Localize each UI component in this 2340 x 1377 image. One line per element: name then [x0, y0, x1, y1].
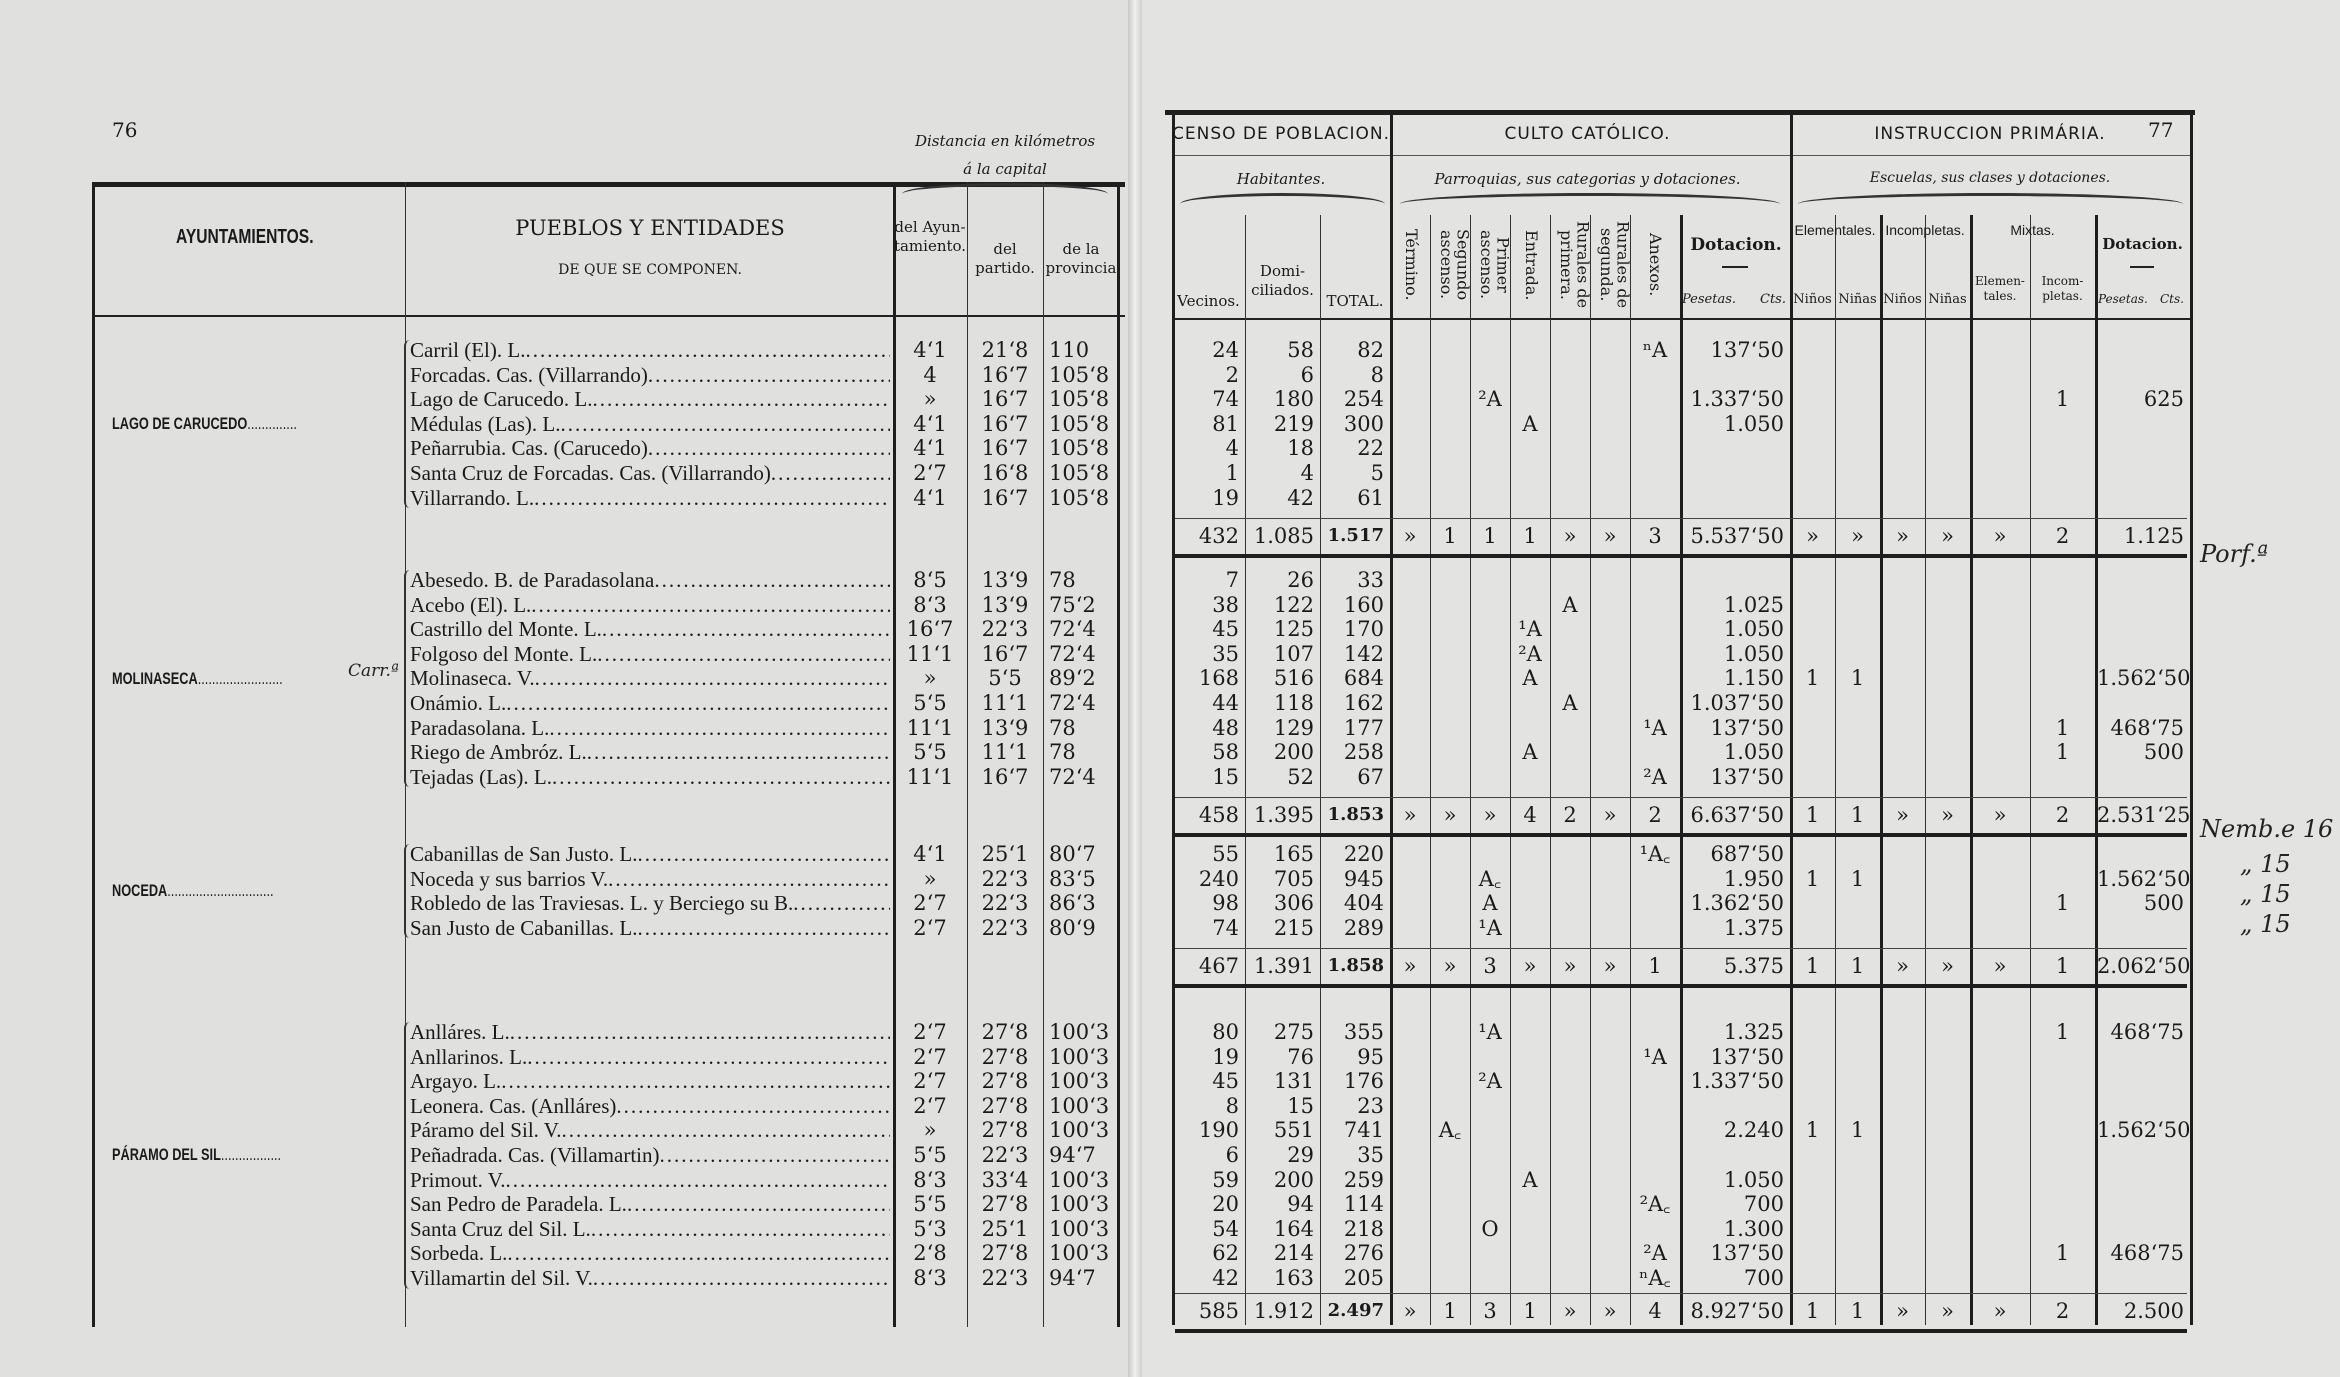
column-rule — [2095, 215, 2098, 1325]
cell-vecinos: 44 — [1172, 691, 1239, 715]
cell-dot: 1.050 — [1682, 1168, 1784, 1192]
pueblo-entry: Primout. V..............................… — [410, 1168, 890, 1192]
pueblo-name: Acebo (El). L. — [410, 593, 531, 617]
distance-d-ayto: 11‘1 — [893, 642, 967, 666]
total-rur2: » — [1590, 954, 1630, 978]
total-in-ninas: » — [1925, 954, 1970, 978]
distance-d-partido: 13‘9 — [967, 716, 1043, 740]
cell-vecinos: 55 — [1172, 842, 1239, 866]
total-rur1: » — [1550, 954, 1590, 978]
cell-total: 61 — [1320, 486, 1384, 510]
pueblo-entry: Médulas (Las). L........................… — [410, 412, 890, 436]
pueblo-entry: Acebo (El). L...........................… — [410, 593, 890, 617]
cell-total: 355 — [1320, 1020, 1384, 1044]
cell-domic: 516 — [1245, 666, 1314, 690]
ayuntamiento-name: MOLINASECA — [112, 669, 198, 688]
distance-d-partido: 16‘7 — [967, 765, 1043, 789]
header-rurales-segunda: Rurales de segunda. — [1597, 215, 1631, 315]
pueblo-entry: Robledo de las Traviesas. L. y Berciego … — [410, 891, 890, 915]
cell-dot: 1.050 — [1682, 412, 1784, 436]
total-vecinos: 585 — [1172, 1299, 1239, 1323]
leader-dots: ........................................… — [535, 666, 890, 690]
cell-anexos: ¹A — [1630, 1045, 1680, 1069]
distance-d-partido: 11‘1 — [967, 691, 1043, 715]
header-cts: Cts. — [1760, 292, 1786, 308]
distance-d-ayto: 4‘1 — [893, 412, 967, 436]
header-el-ninos: Niños — [1790, 292, 1835, 308]
cell-prim: A — [1470, 891, 1510, 915]
pueblo-name: Sorbeda. L. — [410, 1241, 507, 1265]
header-pueblos-title: PUEBLOS Y ENTIDADES — [405, 215, 895, 241]
column-rule — [1970, 215, 1973, 1325]
total-domic: 1.391 — [1245, 954, 1314, 978]
header-habitantes: Habitantes. — [1172, 170, 1390, 189]
leader-dots: ................. — [221, 1145, 281, 1164]
total-el-ninos: 1 — [1790, 803, 1835, 827]
cell-vecinos: 1 — [1172, 461, 1239, 485]
distance-d-ayto: 4‘1 — [893, 436, 967, 460]
header-entrada: Entrada. — [1522, 215, 1539, 315]
cell-domic: 15 — [1245, 1094, 1314, 1118]
cell-total: 114 — [1320, 1192, 1384, 1216]
cell-el-ninas: 1 — [1835, 1118, 1880, 1142]
distance-d-ayto: 4‘1 — [893, 842, 967, 866]
total-el-ninos: 1 — [1790, 1299, 1835, 1323]
distance-d-prov: 80‘7 — [1049, 842, 1117, 866]
pueblo-entry: Anllarinos. L...........................… — [410, 1045, 890, 1069]
cell-prim: A꜀ — [1470, 867, 1510, 891]
leader-dots: ........................................… — [593, 1266, 890, 1290]
cell-anexos: ⁿA꜀ — [1630, 1266, 1680, 1290]
distance-d-prov: 72‘4 — [1049, 765, 1117, 789]
total-total: 2.497 — [1320, 1299, 1384, 1323]
cell-domic: 219 — [1245, 412, 1314, 436]
cell-dot: 700 — [1682, 1192, 1784, 1216]
leader-dots: ........................................… — [627, 1192, 890, 1216]
cell-vecinos: 190 — [1172, 1118, 1239, 1142]
distance-d-ayto: 5‘5 — [893, 1143, 967, 1167]
header-termino: Término. — [1402, 215, 1419, 315]
subtotal-rule — [1175, 797, 2187, 798]
cell-dot: 2.240 — [1682, 1118, 1784, 1142]
pueblo-name: Forcadas. Cas. (Villarrando) — [410, 363, 648, 387]
cell-vecinos: 42 — [1172, 1266, 1239, 1290]
distance-d-prov: 100‘3 — [1049, 1045, 1117, 1069]
total-vecinos: 458 — [1172, 803, 1239, 827]
cell-entrada: A — [1510, 740, 1550, 764]
cell-entrada: A — [1510, 666, 1550, 690]
header-total: TOTAL. — [1320, 292, 1390, 311]
cell-el-ninas: 1 — [1835, 666, 1880, 690]
header-instruccion: INSTRUCCION PRIMÁRIA. — [1790, 124, 2190, 145]
distance-d-prov: 100‘3 — [1049, 1094, 1117, 1118]
header-rule — [92, 315, 1125, 317]
total-entrada: » — [1510, 954, 1550, 978]
distance-d-prov: 105‘8 — [1049, 436, 1117, 460]
leader-dots: ........................................… — [660, 1143, 891, 1167]
pueblo-entry: Páramo del Sil. V.......................… — [410, 1118, 890, 1142]
total-prim: 3 — [1470, 1299, 1510, 1323]
total-mx-in: 2 — [2030, 524, 2095, 548]
distance-d-ayto: » — [893, 666, 967, 690]
cell-dot: 1.950 — [1682, 867, 1784, 891]
header-mixtas: Mixtas. — [1970, 222, 2095, 240]
distance-d-prov: 72‘4 — [1049, 617, 1117, 641]
column-rule — [1470, 215, 1471, 1325]
cell-domic: 275 — [1245, 1020, 1314, 1044]
cell-dot: 137‘50 — [1682, 765, 1784, 789]
cell-total: 35 — [1320, 1143, 1384, 1167]
pueblo-entry: Santa Cruz del Sil. L...................… — [410, 1217, 890, 1241]
cell-dot: 137‘50 — [1682, 338, 1784, 362]
pueblo-name: Carril (El). L. — [410, 338, 525, 362]
cell-total: 259 — [1320, 1168, 1384, 1192]
pueblo-name: Santa Cruz del Sil. L. — [410, 1217, 591, 1241]
cell-total: 218 — [1320, 1217, 1384, 1241]
column-rule — [1835, 215, 1836, 1325]
cell-domic: 125 — [1245, 617, 1314, 641]
cell-el-ninas: 1 — [1835, 867, 1880, 891]
group-end-rule — [1175, 554, 2187, 558]
column-rule — [2190, 112, 2193, 1325]
cell-domic: 129 — [1245, 716, 1314, 740]
cell-vecinos: 48 — [1172, 716, 1239, 740]
cell-entrada: ²A — [1510, 642, 1550, 666]
leader-dots: ........................................… — [637, 842, 890, 866]
cell-domic: 76 — [1245, 1045, 1314, 1069]
cell-vecinos: 45 — [1172, 1069, 1239, 1093]
pueblo-entry: Noceda y sus barrios V..................… — [410, 867, 890, 891]
pueblo-name: Cabanillas de San Justo. L. — [410, 842, 637, 866]
cell-dot: 1.300 — [1682, 1217, 1784, 1241]
pueblo-entry: Paradasolana. L.........................… — [410, 716, 890, 740]
cell-total: 276 — [1320, 1241, 1384, 1265]
distance-d-ayto: 5‘5 — [893, 740, 967, 764]
header-dist-ayuntamiento: del Ayun- tamiento. — [893, 218, 967, 256]
cell-total: 404 — [1320, 891, 1384, 915]
total-total: 1.517 — [1320, 524, 1384, 548]
leader-dots: ........................................… — [507, 1241, 890, 1265]
cell-vecinos: 19 — [1172, 1045, 1239, 1069]
cell-rur1: A — [1550, 593, 1590, 617]
cell-domic: 52 — [1245, 765, 1314, 789]
distance-d-partido: 16‘7 — [967, 436, 1043, 460]
distance-d-prov: 105‘8 — [1049, 363, 1117, 387]
total-mx-in: 2 — [2030, 803, 2095, 827]
cell-dot2: 468‘75 — [2097, 1020, 2184, 1044]
total-prim: 1 — [1470, 524, 1510, 548]
cell-rur1: A — [1550, 691, 1590, 715]
pueblo-entry: Lago de Carucedo. L.....................… — [410, 387, 890, 411]
subtotal-rule — [1175, 518, 2187, 519]
ayuntamiento-name: LAGO DE CARUCEDO — [112, 414, 247, 433]
header-el-ninas: Niñas — [1835, 292, 1880, 308]
distance-d-ayto: 4 — [893, 363, 967, 387]
cell-anexos: ¹A꜀ — [1630, 842, 1680, 866]
distance-d-ayto: » — [893, 867, 967, 891]
cell-vecinos: 54 — [1172, 1217, 1239, 1241]
dash — [1722, 266, 1748, 268]
leader-dots: ........................................… — [525, 338, 890, 362]
total-el-ninas: 1 — [1835, 1299, 1880, 1323]
total-rur1: 2 — [1550, 803, 1590, 827]
cell-domic: 214 — [1245, 1241, 1314, 1265]
leader-dots: ........................................… — [793, 891, 890, 915]
cell-mx-in: 1 — [2030, 716, 2095, 740]
distance-d-ayto: 8‘3 — [893, 593, 967, 617]
cell-dot: 1.025 — [1682, 593, 1784, 617]
leader-dots: ........................................… — [527, 1045, 890, 1069]
distance-d-prov: 72‘4 — [1049, 691, 1117, 715]
total-in-ninos: » — [1880, 803, 1925, 827]
distance-d-prov: 80‘9 — [1049, 916, 1117, 940]
column-rule — [1880, 215, 1883, 1325]
distance-d-partido: 27‘8 — [967, 1192, 1043, 1216]
group-end-rule — [1175, 1329, 2187, 1333]
header-dotacion: Dotacion. — [1682, 235, 1790, 256]
distance-d-partido: 16‘8 — [967, 461, 1043, 485]
cell-dot: 1.050 — [1682, 642, 1784, 666]
distance-d-partido: 25‘1 — [967, 1217, 1043, 1241]
cell-anexos: ²A꜀ — [1630, 1192, 1680, 1216]
leader-dots: .............. — [247, 414, 297, 433]
distance-d-ayto: 2‘7 — [893, 1045, 967, 1069]
group-end-rule — [1175, 984, 2187, 988]
cell-dot2: 468‘75 — [2097, 1241, 2184, 1265]
header-rurales-primera: Rurales de primera. — [1557, 215, 1591, 315]
pueblo-name: San Pedro de Paradela. L. — [410, 1192, 627, 1216]
column-rule — [1430, 215, 1431, 1325]
distance-d-partido: 27‘8 — [967, 1045, 1043, 1069]
total-termino: » — [1390, 524, 1430, 548]
cell-entrada: A — [1510, 1168, 1550, 1192]
pueblo-name: Peñarrubia. Cas. (Carucedo) — [410, 436, 648, 460]
distance-d-prov: 75‘2 — [1049, 593, 1117, 617]
distance-d-ayto: 11‘1 — [893, 765, 967, 789]
pueblo-entry: Abesedo. B. de Paradasolana.............… — [410, 568, 890, 592]
cell-domic: 306 — [1245, 891, 1314, 915]
total-el-ninos: » — [1790, 524, 1835, 548]
cell-anexos: ²A — [1630, 1241, 1680, 1265]
distance-d-partido: 27‘8 — [967, 1069, 1043, 1093]
column-rule — [1043, 182, 1044, 1327]
distance-d-prov: 105‘8 — [1049, 486, 1117, 510]
cell-total: 33 — [1320, 568, 1384, 592]
pueblo-name: Abesedo. B. de Paradasolana — [410, 568, 654, 592]
header-pueblos-subtitle: DE QUE SE COMPONEN. — [405, 262, 895, 280]
cell-vecinos: 58 — [1172, 740, 1239, 764]
total-mx-el: » — [1970, 1299, 2030, 1323]
column-rule — [1390, 112, 1393, 1325]
cell-dot: 1.375 — [1682, 916, 1784, 940]
pueblo-name: Molinaseca. V. — [410, 666, 535, 690]
cell-total: 162 — [1320, 691, 1384, 715]
pueblo-entry: Sorbeda. L..............................… — [410, 1241, 890, 1265]
distance-d-ayto: 8‘3 — [893, 1168, 967, 1192]
pueblo-name: Lago de Carucedo. L. — [410, 387, 593, 411]
pueblo-entry: Villarrando. L..........................… — [410, 486, 890, 510]
cell-domic: 200 — [1245, 1168, 1314, 1192]
distance-d-partido: 27‘8 — [967, 1241, 1043, 1265]
total-entrada: 1 — [1510, 1299, 1550, 1323]
pueblo-entry: Leonera. Cas. (Anlláres)................… — [410, 1094, 890, 1118]
cell-vecinos: 98 — [1172, 891, 1239, 915]
cell-total: 23 — [1320, 1094, 1384, 1118]
cell-domic: 42 — [1245, 486, 1314, 510]
distance-d-partido: 13‘9 — [967, 568, 1043, 592]
leader-dots: ........................................… — [561, 1118, 890, 1142]
pueblo-entry: Riego de Ambróz. L......................… — [410, 740, 890, 764]
cell-domic: 180 — [1245, 387, 1314, 411]
distance-d-partido: 11‘1 — [967, 740, 1043, 764]
cell-total: 67 — [1320, 765, 1384, 789]
pueblo-name: San Justo de Cabanillas. L. — [410, 916, 637, 940]
cell-domic: 26 — [1245, 568, 1314, 592]
distance-d-ayto: 4‘1 — [893, 338, 967, 362]
leader-dots: ........................................… — [531, 593, 890, 617]
leader-dots: ........................................… — [648, 436, 890, 460]
total-dot: 6.637‘50 — [1682, 803, 1784, 827]
ayuntamiento-label: PÁRAMO DEL SIL................. — [112, 1145, 281, 1165]
distance-d-partido: 27‘8 — [967, 1118, 1043, 1142]
total-seg: » — [1430, 954, 1470, 978]
distance-d-ayto: 16‘7 — [893, 617, 967, 641]
column-rule — [1590, 215, 1591, 1325]
header-anexos: Anexos. — [1646, 215, 1663, 315]
total-mx-in: 1 — [2030, 954, 2095, 978]
cell-vecinos: 35 — [1172, 642, 1239, 666]
cell-vecinos: 24 — [1172, 338, 1239, 362]
header-pesetas2: Pesetas. — [2098, 292, 2148, 307]
cell-domic: 165 — [1245, 842, 1314, 866]
pueblo-name: Anlláres. L. — [410, 1020, 510, 1044]
cell-domic: 4 — [1245, 461, 1314, 485]
cell-domic: 94 — [1245, 1192, 1314, 1216]
distance-d-ayto: 5‘5 — [893, 1192, 967, 1216]
distance-d-prov: 100‘3 — [1049, 1217, 1117, 1241]
top-rule — [1165, 110, 2195, 115]
total-el-ninas: 1 — [1835, 803, 1880, 827]
pueblo-name: Paradasolana. L. — [410, 716, 549, 740]
cell-total: 254 — [1320, 387, 1384, 411]
cell-vecinos: 19 — [1172, 486, 1239, 510]
header-distancia-subtitle: á la capital — [893, 160, 1117, 179]
cell-dot: 137‘50 — [1682, 1045, 1784, 1069]
cell-total: 95 — [1320, 1045, 1384, 1069]
pueblo-name: Anllarinos. L. — [410, 1045, 527, 1069]
cell-dot: 1.050 — [1682, 617, 1784, 641]
cell-domic: 164 — [1245, 1217, 1314, 1241]
distance-d-prov: 100‘3 — [1049, 1118, 1117, 1142]
cell-domic: 200 — [1245, 740, 1314, 764]
distance-d-ayto: 2‘7 — [893, 1094, 967, 1118]
cell-dot: 1.037‘50 — [1682, 691, 1784, 715]
subtotal-rule — [1175, 948, 2187, 949]
distance-d-partido: 21‘8 — [967, 338, 1043, 362]
leader-dots: ........................................… — [534, 486, 890, 510]
cell-total: 82 — [1320, 338, 1384, 362]
ayuntamiento-label: LAGO DE CARUCEDO.............. — [112, 414, 297, 434]
cell-domic: 551 — [1245, 1118, 1314, 1142]
distance-d-partido: 22‘3 — [967, 1266, 1043, 1290]
total-total: 1.853 — [1320, 803, 1384, 827]
pueblo-entry: Argayo. L...............................… — [410, 1069, 890, 1093]
cell-dot2: 468‘75 — [2097, 716, 2184, 740]
cell-prim: ²A — [1470, 387, 1510, 411]
total-mx-el: » — [1970, 524, 2030, 548]
cell-dot: 137‘50 — [1682, 1241, 1784, 1265]
leader-dots: ........................................… — [501, 1069, 890, 1093]
cell-mx-in: 1 — [2030, 891, 2095, 915]
total-domic: 1.912 — [1245, 1299, 1314, 1323]
total-dot2: 1.125 — [2097, 524, 2184, 548]
cell-dot2: 1.562‘50 — [2097, 1118, 2184, 1142]
cell-prim: ¹A — [1470, 916, 1510, 940]
cell-domic: 58 — [1245, 338, 1314, 362]
cell-total: 177 — [1320, 716, 1384, 740]
total-dot: 5.537‘50 — [1682, 524, 1784, 548]
leader-dots: ........................................… — [637, 916, 890, 940]
distance-d-prov: 78 — [1049, 740, 1117, 764]
distance-d-prov: 105‘8 — [1049, 461, 1117, 485]
cell-mx-in: 1 — [2030, 387, 2095, 411]
handwritten-annotation: Carr.ª — [348, 661, 399, 681]
total-dot2: 2.531‘25 — [2097, 803, 2184, 827]
pueblo-entry: Peñarrubia. Cas. (Carucedo).............… — [410, 436, 890, 460]
total-el-ninas: 1 — [1835, 954, 1880, 978]
cell-dot2: 1.562‘50 — [2097, 666, 2184, 690]
leader-dots: ........................ — [198, 669, 283, 688]
total-dot: 5.375 — [1682, 954, 1784, 978]
pueblo-entry: Forcadas. Cas. (Villarrando)............… — [410, 363, 890, 387]
leader-dots: ........................................… — [506, 691, 890, 715]
cell-dot: 1.150 — [1682, 666, 1784, 690]
header-pesetas: Pesetas. — [1682, 292, 1736, 308]
header-dist-provincia: de la provincia — [1043, 240, 1119, 278]
total-dot: 8.927‘50 — [1682, 1299, 1784, 1323]
distance-d-ayto: 11‘1 — [893, 716, 967, 740]
pueblo-name: Onámio. L. — [410, 691, 506, 715]
total-rur2: » — [1590, 524, 1630, 548]
handwritten-note: „ 15 — [2240, 880, 2291, 908]
total-vecinos: 432 — [1172, 524, 1239, 548]
cell-domic: 6 — [1245, 363, 1314, 387]
pueblo-entry: Carril (El). L..........................… — [410, 338, 890, 362]
leader-dots: ........................................… — [560, 412, 890, 436]
cell-vecinos: 59 — [1172, 1168, 1239, 1192]
distance-d-prov: 105‘8 — [1049, 387, 1117, 411]
cell-domic: 118 — [1245, 691, 1314, 715]
leader-dots: ........................................… — [597, 642, 890, 666]
header-distancia-title: Distancia en kilómetros — [893, 132, 1117, 151]
cell-prim: ¹A — [1470, 1020, 1510, 1044]
handwritten-note: „ 15 — [2240, 910, 2291, 938]
cell-seg: A꜀ — [1430, 1118, 1470, 1142]
distance-d-ayto: 8‘3 — [893, 1266, 967, 1290]
leader-dots: ........................................… — [549, 716, 890, 740]
cell-vecinos: 6 — [1172, 1143, 1239, 1167]
handwritten-note: Porf.ª — [2200, 540, 2268, 568]
distance-d-prov: 94‘7 — [1049, 1266, 1117, 1290]
pueblo-entry: Tejadas (Las). L........................… — [410, 765, 890, 789]
pueblo-entry: Santa Cruz de Forcadas. Cas. (Villarrand… — [410, 461, 890, 485]
cell-vecinos: 80 — [1172, 1020, 1239, 1044]
pueblo-name: Santa Cruz de Forcadas. Cas. (Villarrand… — [410, 461, 771, 485]
header-parroquias: Parroquias, sus categorias y dotaciones. — [1390, 170, 1785, 189]
cell-total: 142 — [1320, 642, 1384, 666]
cell-total: 22 — [1320, 436, 1384, 460]
cell-dot: 1.337‘50 — [1682, 387, 1784, 411]
